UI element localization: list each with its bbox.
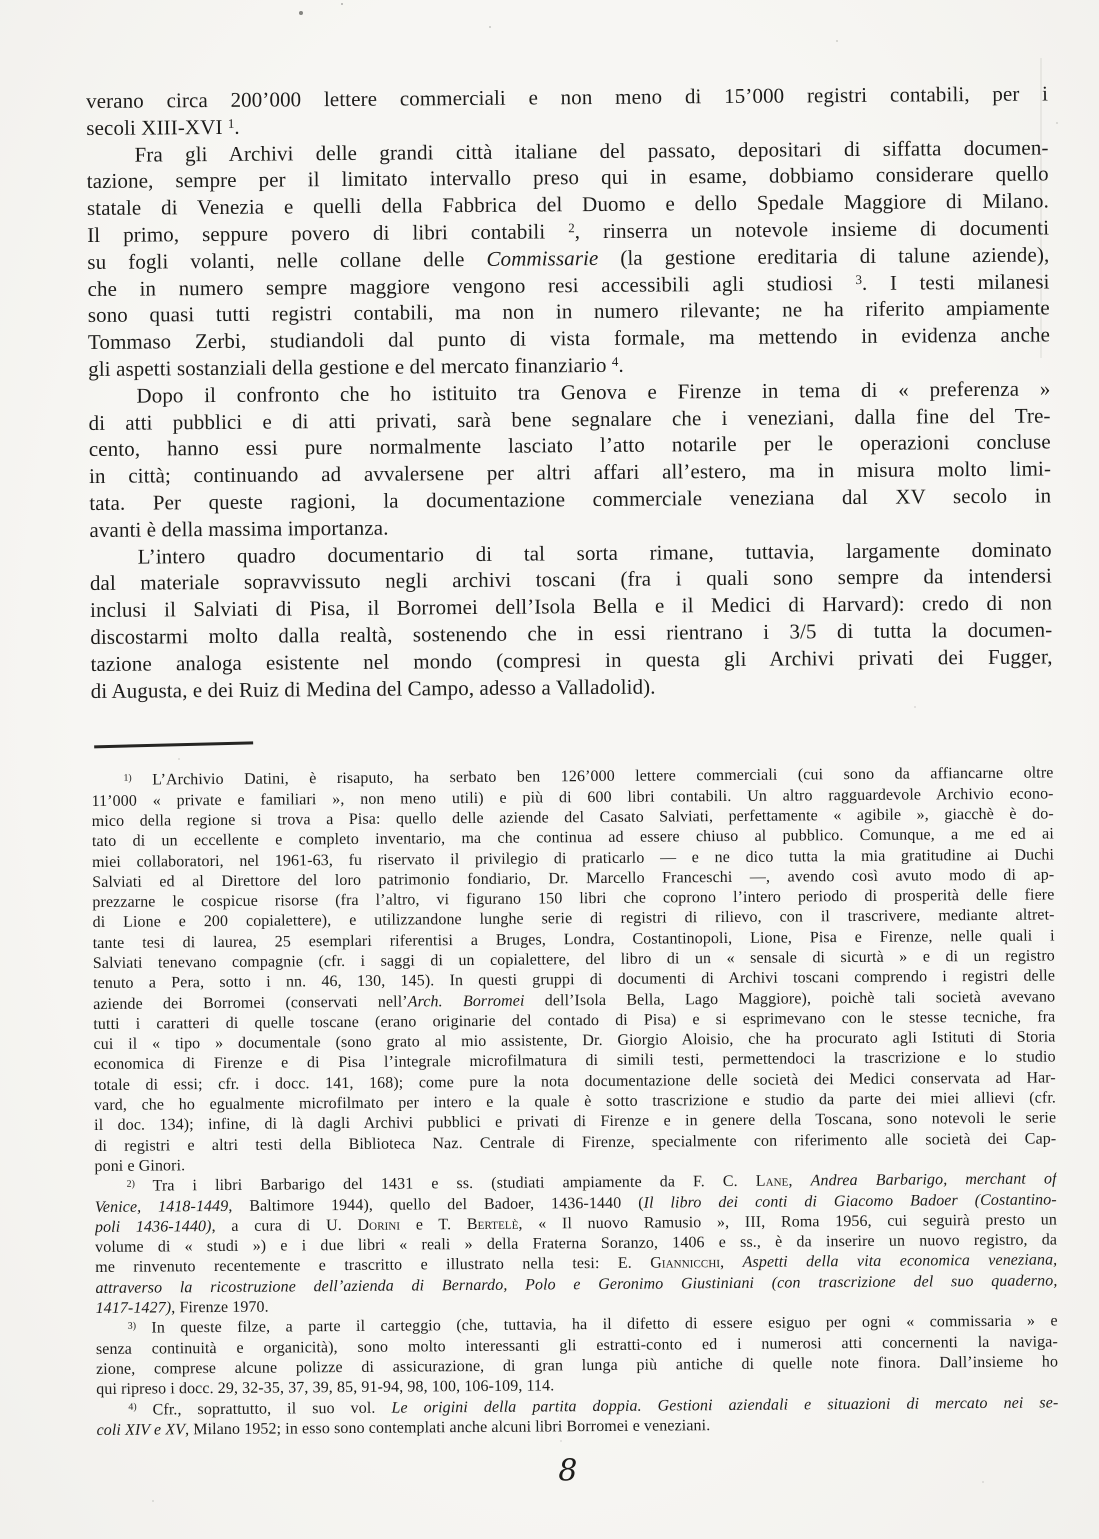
text-run: Commissarie bbox=[486, 246, 598, 271]
footnote-marker: 4) bbox=[128, 1402, 136, 1413]
footnote-marker: 3) bbox=[128, 1321, 136, 1332]
text-run: Le origini della partita doppia. Gestion… bbox=[391, 1394, 1058, 1416]
text-run: 1417-1427) bbox=[96, 1299, 172, 1317]
footnote-marker: 1) bbox=[123, 773, 131, 784]
text-run: Il libro dei conti di Giacomo Badoer (Co… bbox=[644, 1191, 1057, 1211]
text-run: Giannicchi bbox=[650, 1255, 720, 1273]
scanned-page: verano circa 200’000 lettere commerciali… bbox=[0, 0, 1099, 1539]
footnote-separator-rule bbox=[94, 742, 253, 749]
text-run: Dorini bbox=[357, 1216, 400, 1233]
text-run: Aspetti della vita economica veneziana, bbox=[743, 1252, 1058, 1271]
footnote-marker: 3 bbox=[855, 272, 862, 287]
scan-speckles bbox=[0, 0, 2, 2]
text-run: Andrea Barbarigo, merchant of bbox=[810, 1171, 1056, 1190]
footnotes: 1) L’Archivio Datini, è risaputo, ha ser… bbox=[91, 764, 1058, 1441]
footnote-marker: 1 bbox=[228, 116, 235, 131]
text-run: Arch. Borromei bbox=[408, 992, 525, 1010]
footnote-marker: 2) bbox=[127, 1178, 135, 1189]
footnote-marker: 4 bbox=[612, 354, 619, 369]
text-run: coli XIV e XV bbox=[96, 1421, 185, 1439]
text-run: Lane bbox=[756, 1173, 789, 1190]
body-text: verano circa 200’000 lettere commerciali… bbox=[86, 80, 1053, 704]
text-run: Venice, 1418-1449 bbox=[95, 1197, 229, 1215]
text-run: Bertelè bbox=[467, 1215, 519, 1232]
text-run: poli 1436-1440) bbox=[95, 1218, 212, 1236]
footnote-marker: 2 bbox=[568, 220, 575, 235]
page-number: 8 bbox=[87, 1450, 1049, 1493]
page-content: verano circa 200’000 lettere commerciali… bbox=[86, 80, 1059, 1492]
